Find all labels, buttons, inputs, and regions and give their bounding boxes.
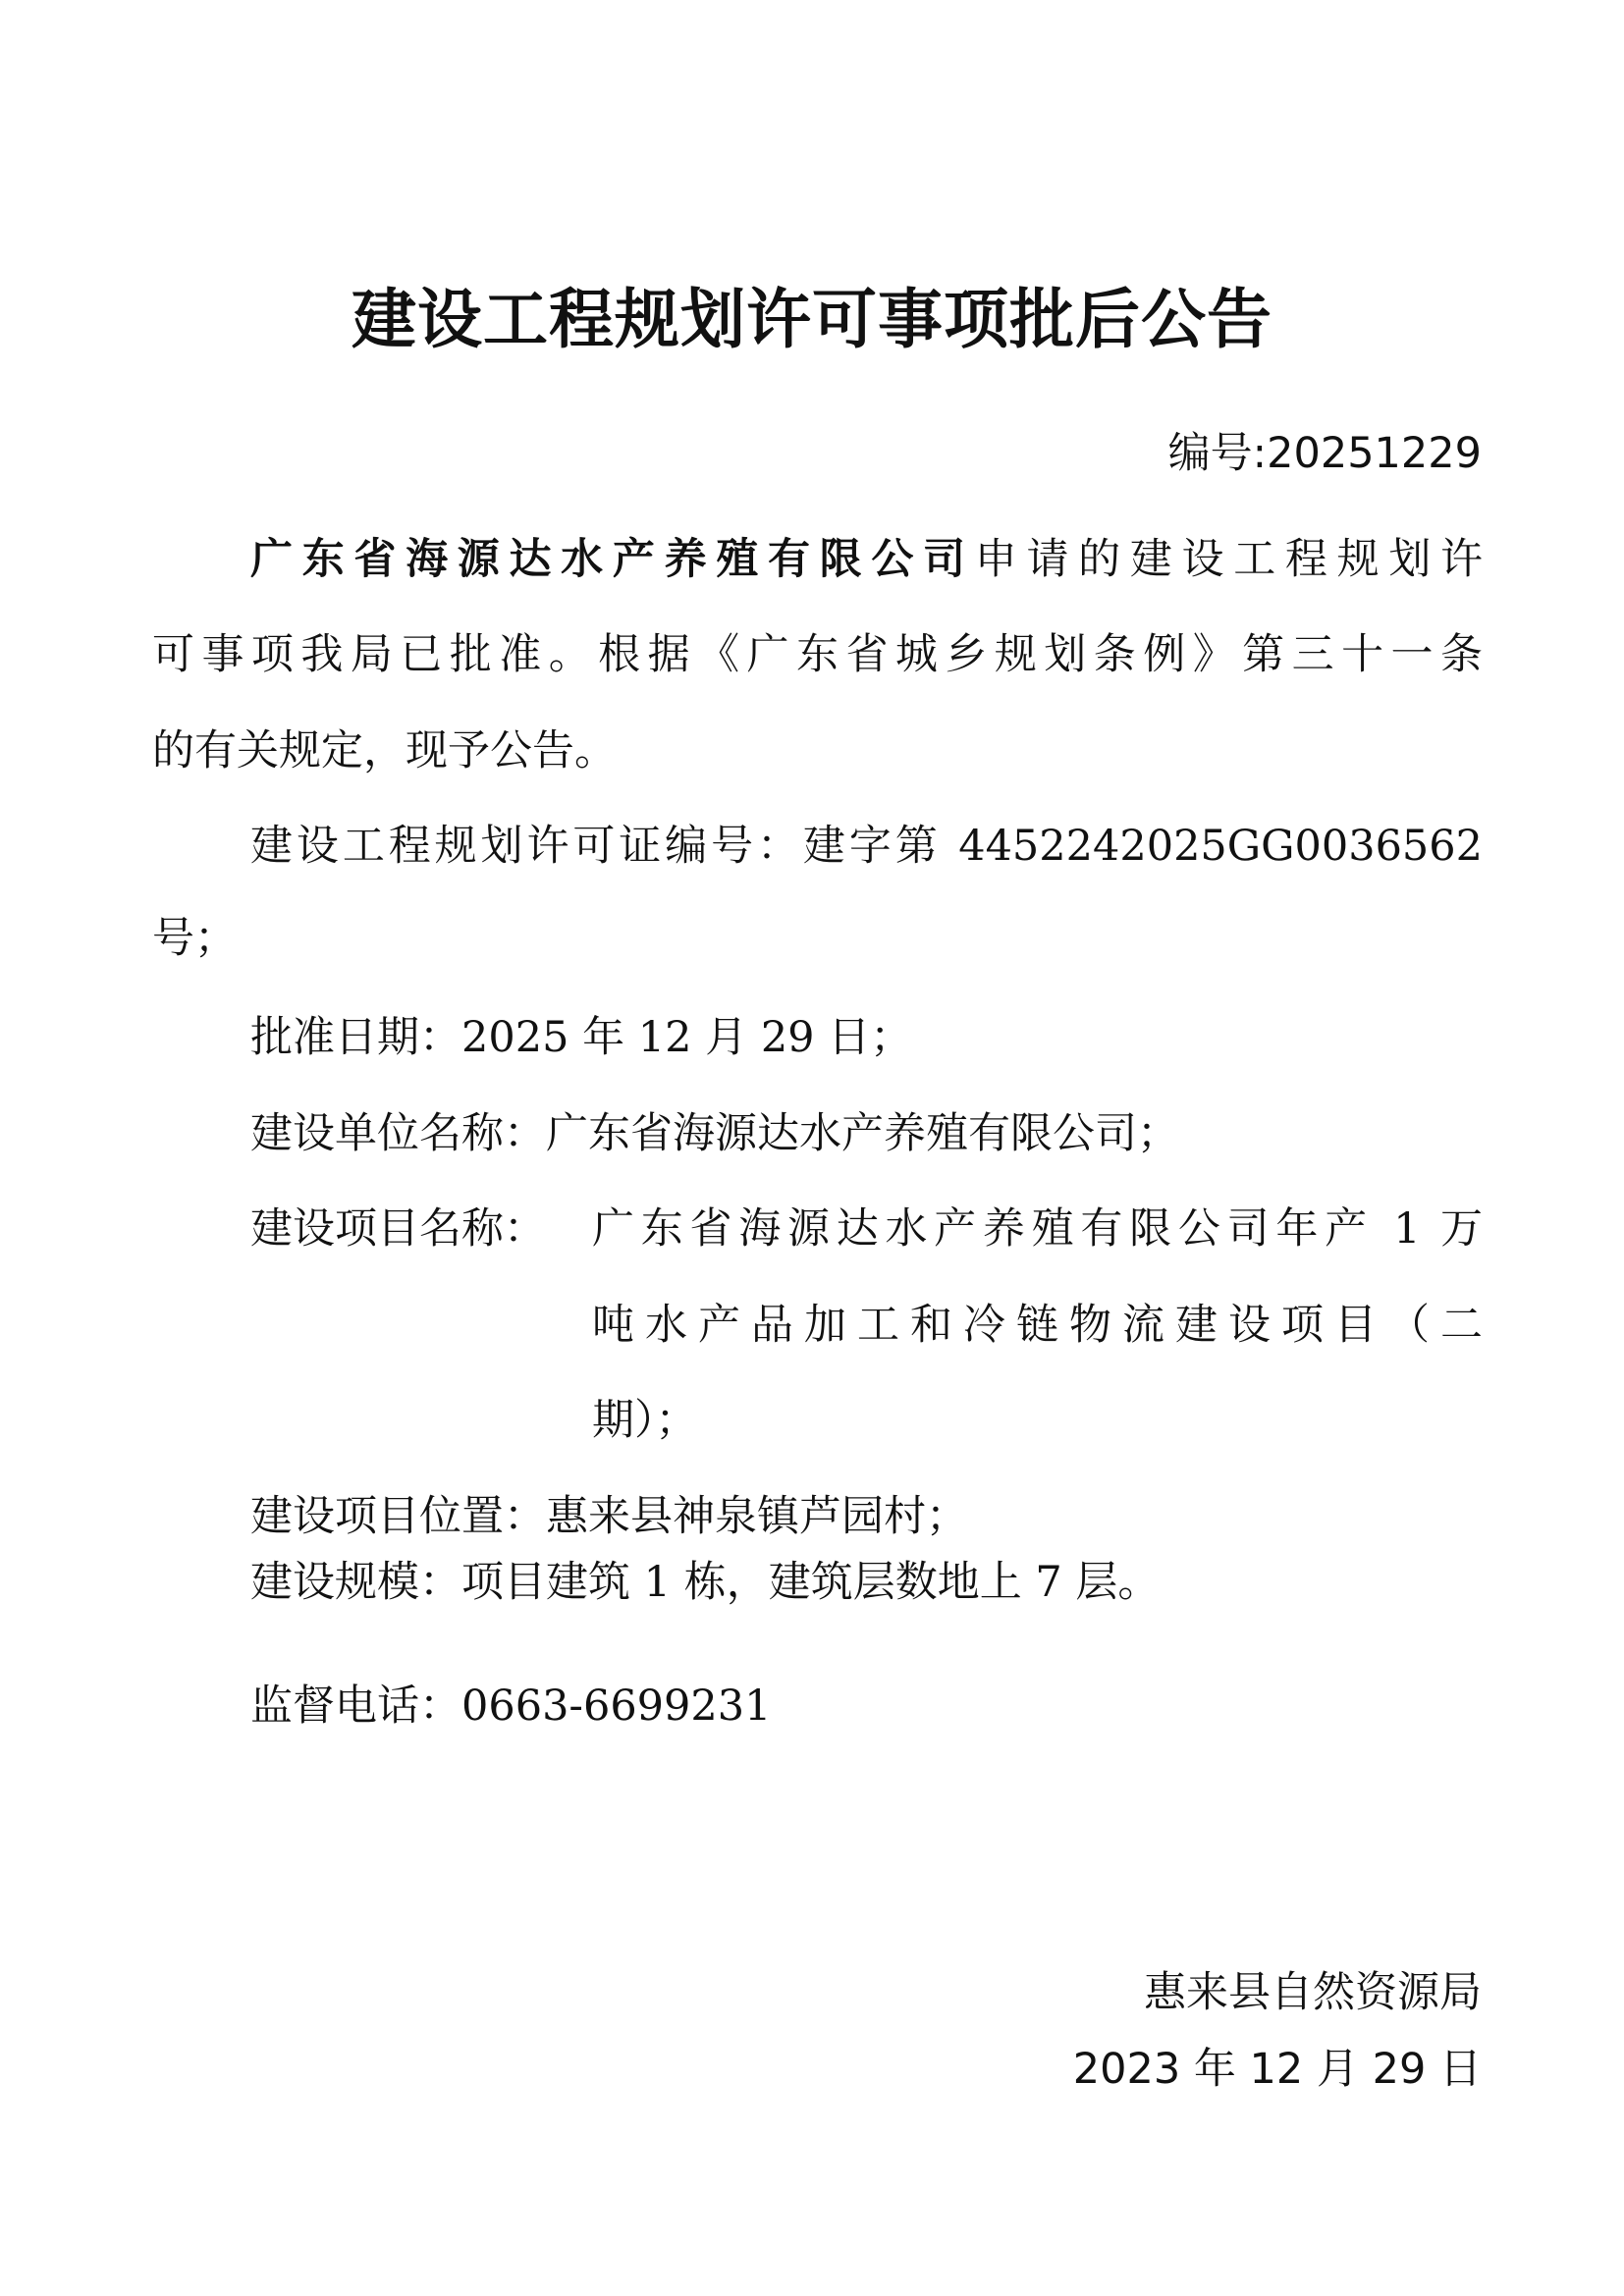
project-name-label: 建设项目名称： [250,1205,546,1253]
supervision-phone: 监督电话：0663-6699231 [250,1682,771,1730]
applicant-name: 广东省海源达水产养殖有限公司 [250,535,975,584]
intro-line-3: 的有关规定，现予公告。 [152,727,617,774]
intro-line-2: 可事项我局已批准。根据《广东省城乡规划条例》第三十一条 [152,631,1483,678]
serial-number: 编号:20251229 [1168,430,1482,477]
permit-number-line-1: 建设工程规划许可证编号：建字第 4452242025GG0036562 [250,823,1483,870]
issue-date: 2023 年 12 月 29 日 [1073,2046,1482,2093]
intro-line-1-rest: 申请的建设工程规划许 [975,535,1483,584]
intro-line-1: 广东省海源达水产养殖有限公司申请的建设工程规划许 [152,536,1483,583]
construction-unit: 建设单位名称：广东省海源达水产养殖有限公司； [250,1110,1179,1157]
issuer-name: 惠来县自然资源局 [1144,1969,1482,2016]
project-name-line-3: 期）； [592,1397,698,1444]
construction-scale: 建设规模：项目建筑 1 栋，建筑层数地上 7 层。 [250,1559,1160,1606]
approval-date: 批准日期：2025 年 12 月 29 日； [250,1014,912,1061]
project-name-line-2: 吨水产品加工和冷链物流建设项目（二 [592,1302,1483,1349]
permit-number-line-2: 号； [152,915,237,962]
page-title: 建设工程规划许可事项批后公告 [0,267,1624,360]
project-location: 建设项目位置：惠来县神泉镇芦园村； [250,1493,968,1540]
project-name-line-1: 广东省海源达水产养殖有限公司年产 1 万 [592,1205,1483,1253]
